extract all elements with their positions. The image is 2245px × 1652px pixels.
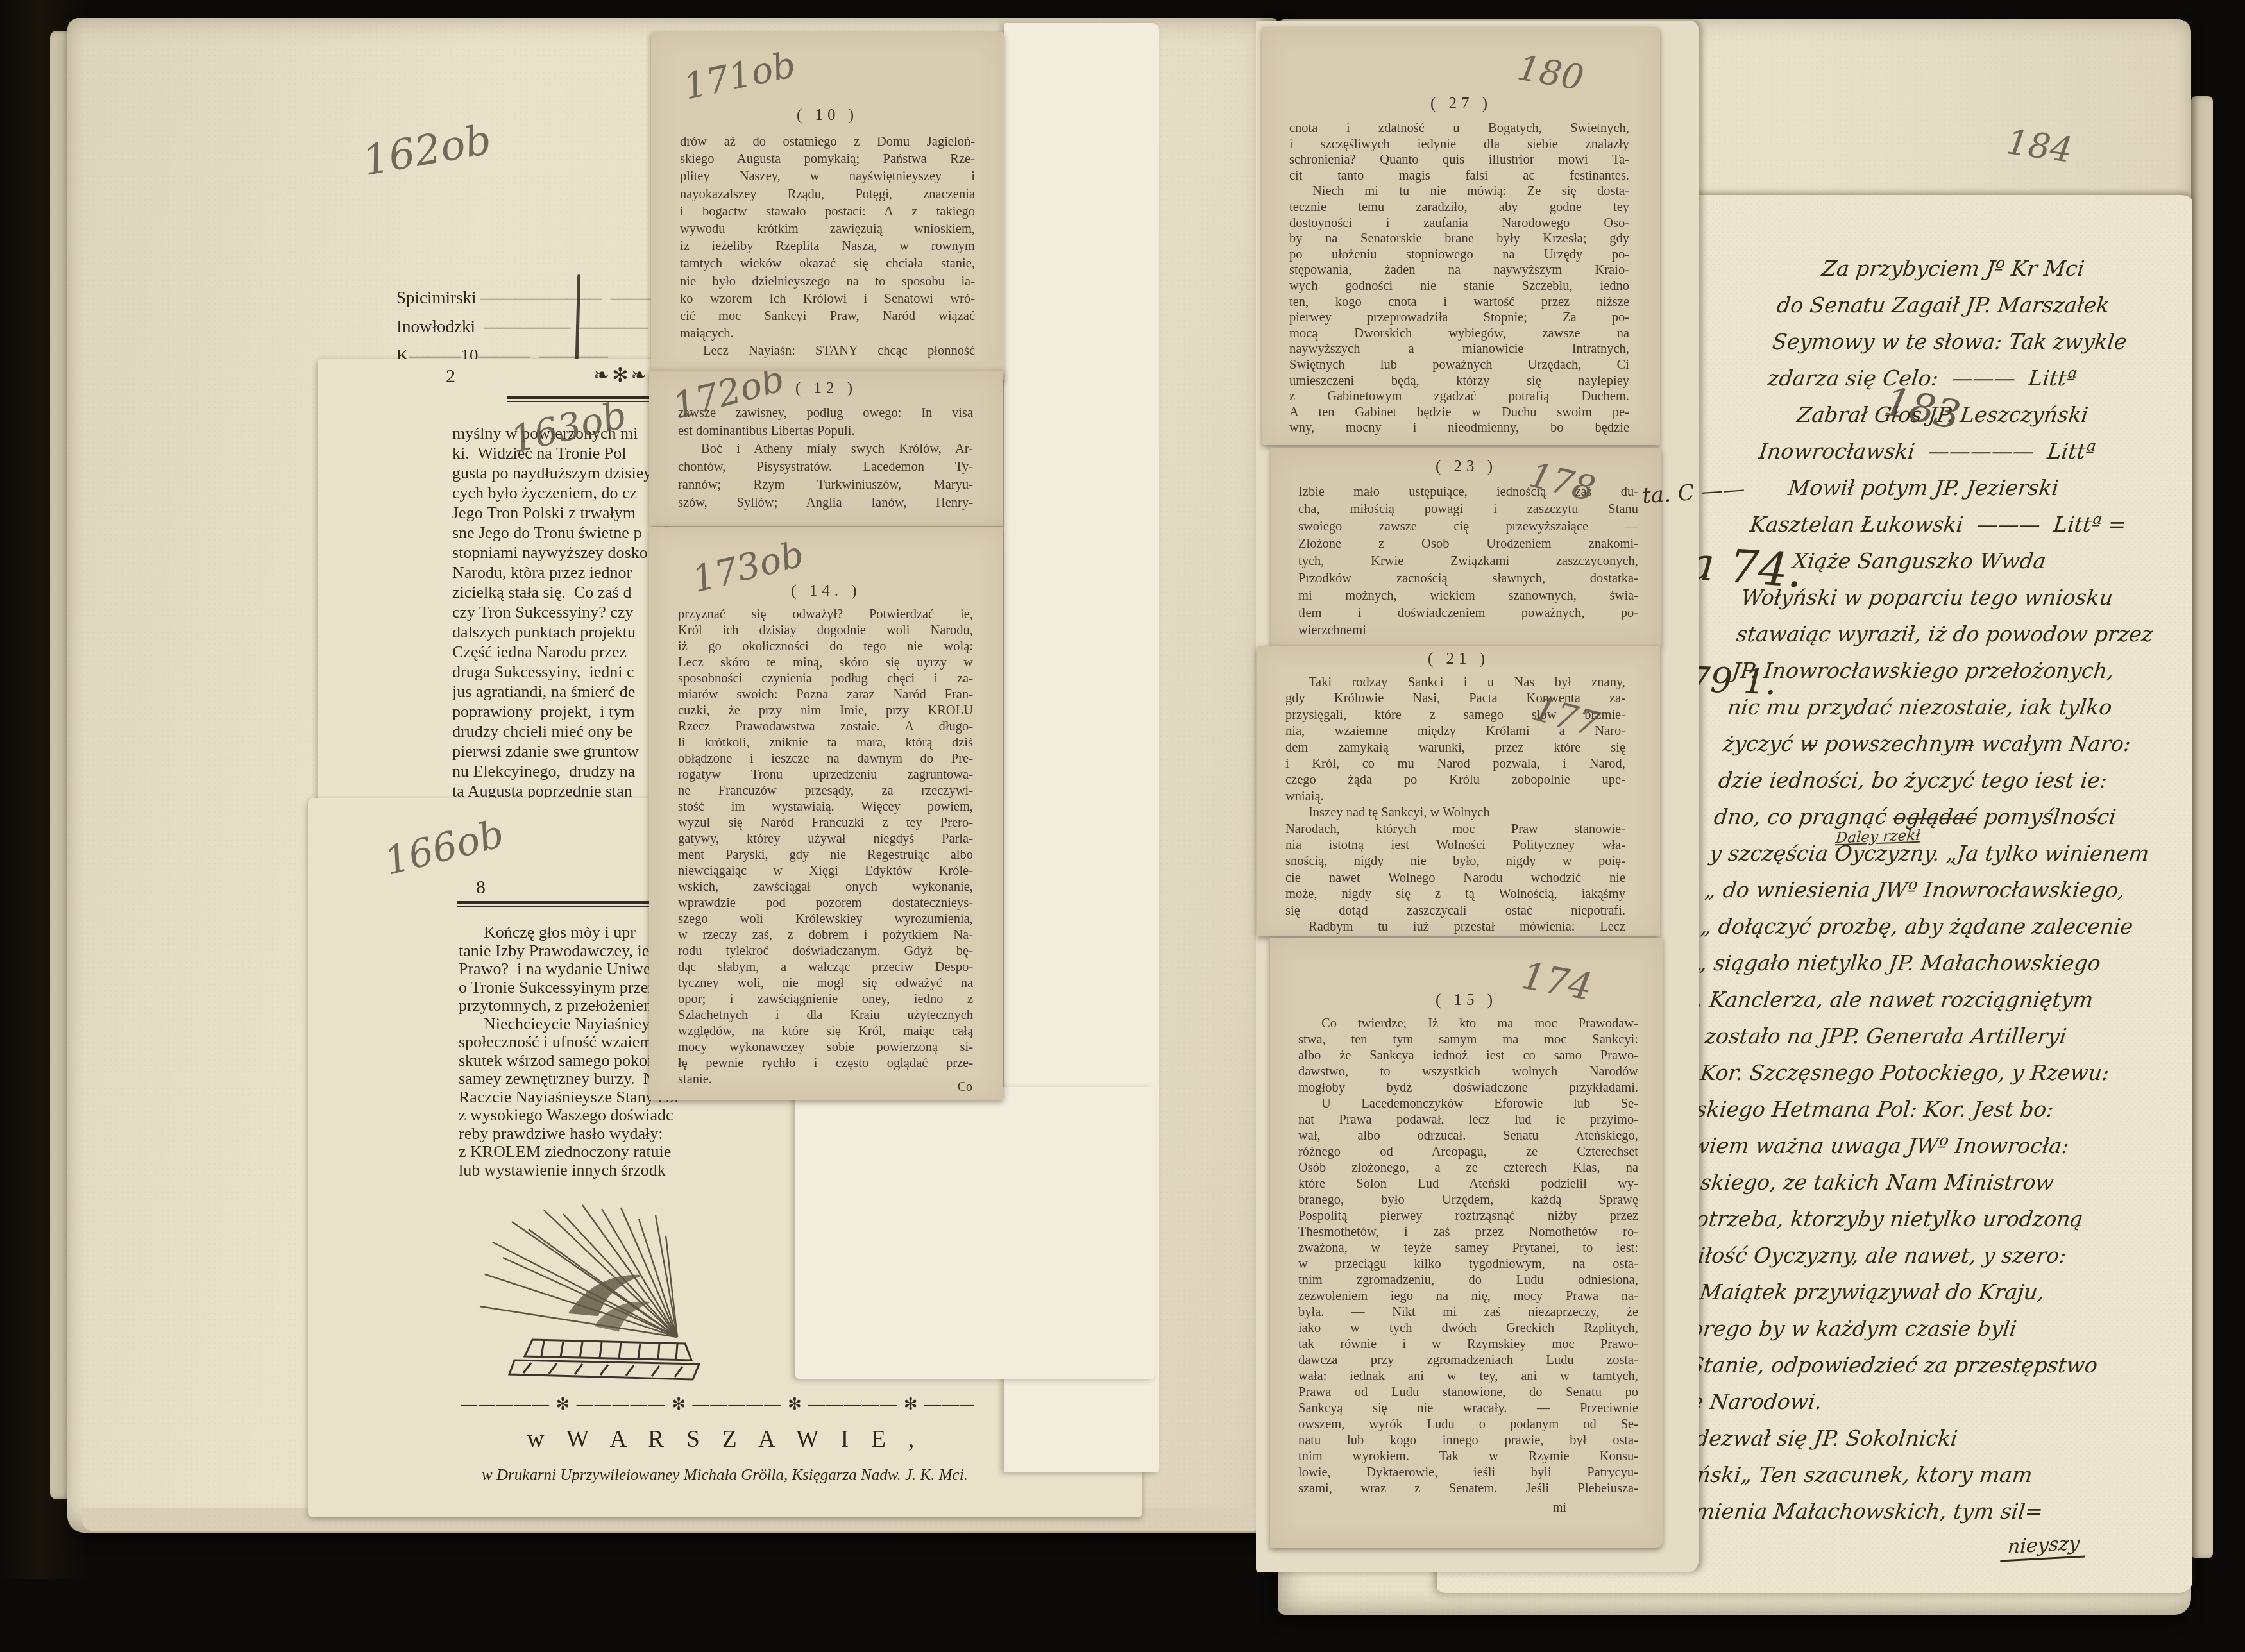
- imprint-printer-line: w Drukarni Uprzywileiowaney Michała Gröl…: [346, 1467, 1103, 1485]
- clipping-page-23: 178 ( 23 ) Izbie mało ustępuiące, iednoś…: [1271, 448, 1661, 646]
- blank-sheet-corner: [795, 1087, 1155, 1379]
- pasted-sheet-page-2: 163ob 2 ❧✻❧ myślny w powierzonych miki. …: [318, 359, 665, 808]
- printed-text-column-page2: myślny w powierzonych miki. Widzieć na T…: [452, 423, 664, 808]
- clipping-text: przyznać się odważył? Potwierdzać ie,Kró…: [678, 607, 973, 1088]
- clipping-page-header: ( 10 ): [651, 106, 1004, 124]
- clipping-page-15: 174 ( 15 ) Co twierdze; Iż kto ma moc Pr…: [1270, 938, 1663, 1548]
- clipping-text: cnota i zdatność u Bogatych, Swietnych,i…: [1289, 121, 1629, 436]
- printed-page-number: 2: [446, 366, 455, 387]
- floral-ornament-icon: ❧✻❧: [593, 364, 649, 387]
- clipping-page-header: ( 27 ): [1262, 95, 1660, 113]
- folio-number-166ob: 166ob: [380, 811, 508, 884]
- clipping-page-header: ( 15 ): [1270, 991, 1663, 1009]
- sunburst-vignette-illustration: [473, 1204, 743, 1404]
- folio-number-180: 180: [1514, 47, 1586, 99]
- imprint-place-line: w W A R S Z A W I E ,: [385, 1426, 1065, 1453]
- clipping-page-21: 177 ( 21 ) Taki rodzay Sankci i u Nas by…: [1257, 646, 1660, 936]
- clipping-text: Co twierdze; Iż kto ma moc Prawodaw-stwa…: [1298, 1016, 1638, 1497]
- manuscript-catchword: nieyszy: [2000, 1532, 2087, 1562]
- catchword: Co: [958, 1080, 972, 1095]
- clipping-text: drów aż do ostatniego z Domu Jagieloń-sk…: [680, 133, 975, 360]
- clipping-page-27: 180 ( 27 ) cnota i zdatność u Bogatych, …: [1262, 27, 1660, 445]
- clipping-page-10: 171ob ( 10 ) drów aż do ostatniego z Dom…: [651, 32, 1004, 382]
- printed-page-number: 8: [476, 877, 486, 898]
- clipping-page-header: ( 23 ): [1271, 458, 1661, 476]
- folio-number-171ob: 171ob: [680, 44, 799, 108]
- printed-list-fragment: Spicimirski ——————— ———Inowłodzki ————— …: [396, 283, 653, 360]
- catchword: mi: [1553, 1501, 1566, 1515]
- clipping-page-12: 172ob ( 12 ) zawsze zawisney, podług owe…: [649, 371, 1003, 526]
- book-photograph: 162ob Spicimirski ——————— ———Inowłodzki …: [0, 0, 2245, 1652]
- clipping-text: zawsze zawisney, podług owego: In visaes…: [678, 404, 973, 512]
- interlinear-insertion: Daley rzekł: [1835, 827, 1921, 847]
- clipping-page-14: 173ob ( 14. ) przyznać się odważył? Potw…: [649, 527, 1003, 1100]
- clipping-page-header: ( 21 ): [1257, 650, 1660, 668]
